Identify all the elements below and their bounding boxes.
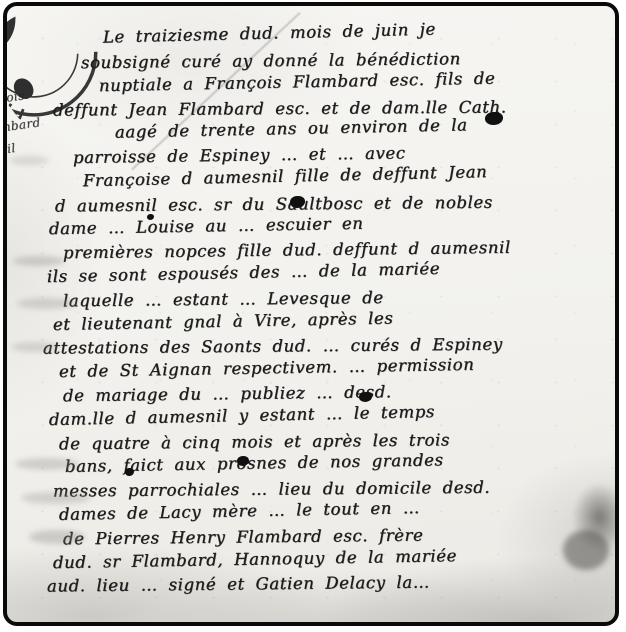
bleedthrough-smudge [29, 530, 85, 544]
manuscript-line: aud. lieu … signé et Gatien Delacy la… [7, 571, 615, 601]
bleedthrough-smudge [21, 492, 91, 504]
bleedthrough-smudge [11, 342, 59, 352]
bleedthrough-smudge [13, 256, 65, 266]
document-frame: PROPRIÉTÉ çois mbard nil Le traiziesme d… [3, 2, 619, 626]
bleedthrough-smudge [9, 156, 49, 165]
manuscript-text: Le traiziesme dud. mois de juin je soubs… [7, 30, 615, 601]
dark-stain [563, 530, 609, 570]
bleedthrough-smudge [17, 298, 77, 309]
scanned-document-image: PROPRIÉTÉ çois mbard nil Le traiziesme d… [0, 0, 626, 632]
bleedthrough-smudge [15, 458, 79, 470]
